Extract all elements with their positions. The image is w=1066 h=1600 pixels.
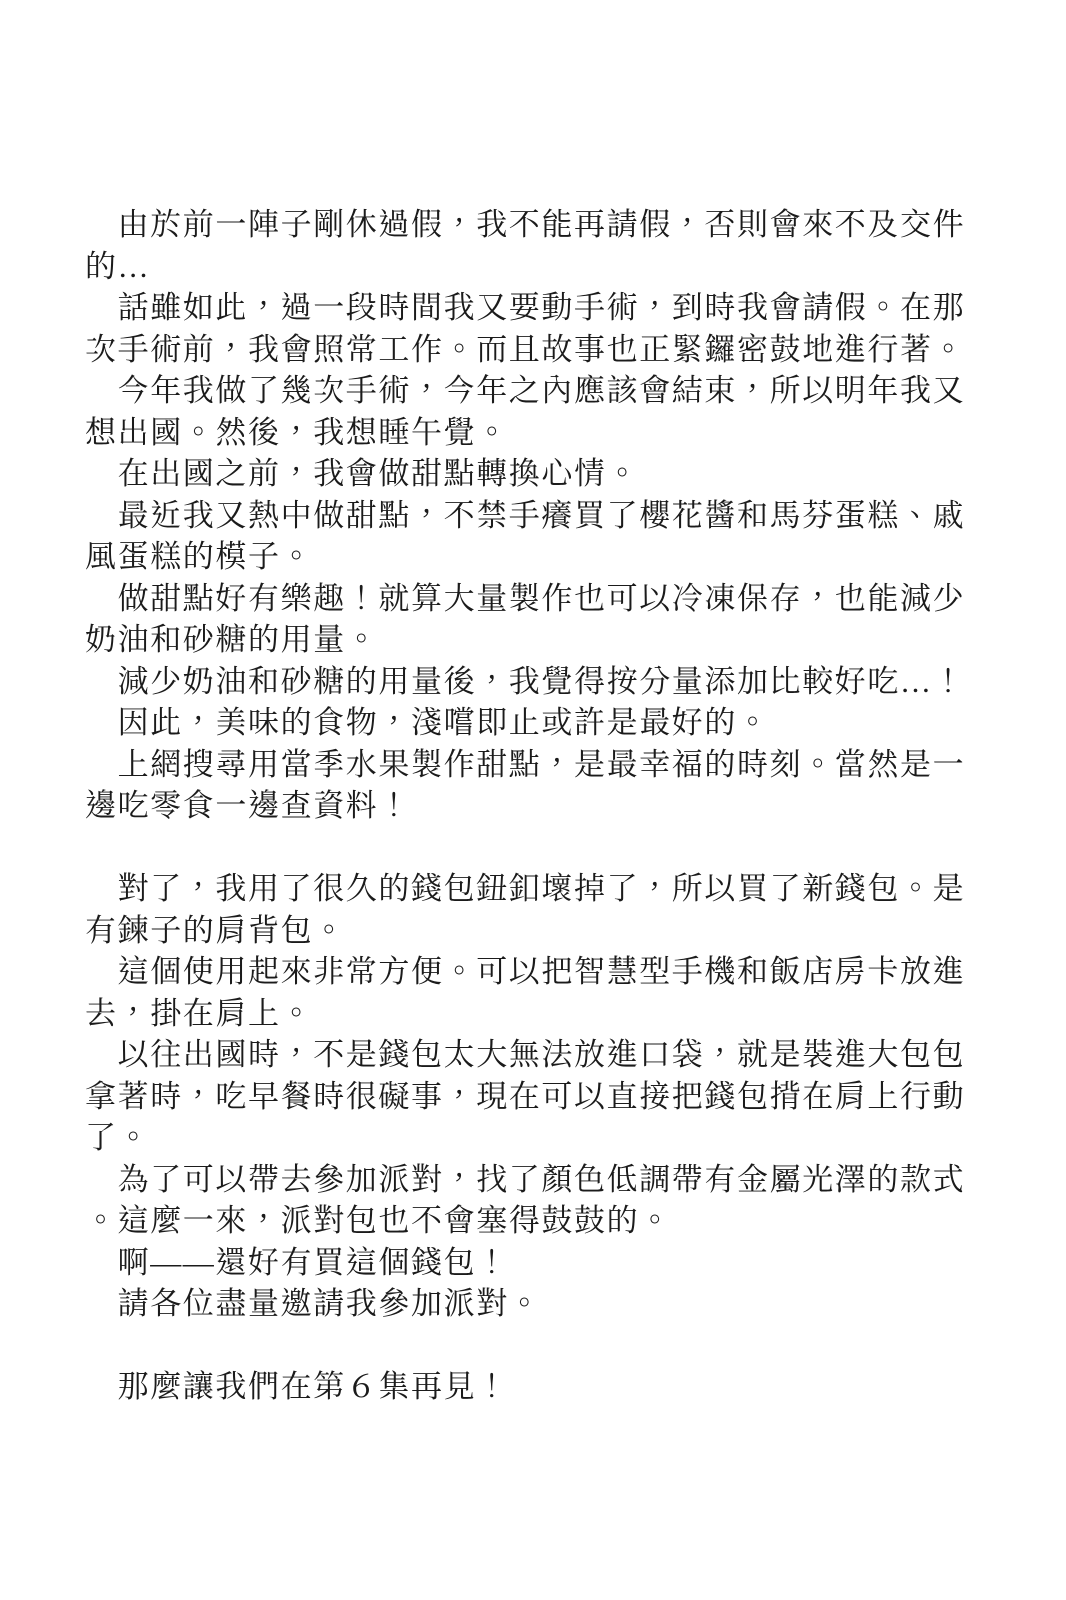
afterword-text: 由於前一陣子剛休過假，我不能再請假，否則會來不及交件的…話雖如此，過一段時間我又… (85, 204, 971, 1408)
paragraph: 最近我又熱中做甜點，不禁手癢買了櫻花醬和馬芬蛋糕、戚風蛋糕的模子。 (85, 495, 971, 578)
paragraph: 今年我做了幾次手術，今年之內應該會結束，所以明年我又想出國。然後，我想睡午覺。 (85, 370, 971, 453)
paragraph: 那麼讓我們在第６集再見！ (85, 1366, 971, 1408)
book-page: 由於前一陣子剛休過假，我不能再請假，否則會來不及交件的…話雖如此，過一段時間我又… (0, 0, 1066, 1600)
paragraph: 做甜點好有樂趣！就算大量製作也可以冷凍保存，也能減少奶油和砂糖的用量。 (85, 578, 971, 661)
paragraph: 減少奶油和砂糖的用量後，我覺得按分量添加比較好吃…！ (85, 661, 971, 703)
paragraph: 啊——還好有買這個錢包！ (85, 1242, 971, 1284)
paragraph: 為了可以帶去參加派對，找了顏色低調帶有金屬光澤的款式。這麼一來，派對包也不會塞得… (85, 1159, 971, 1242)
text-section: 由於前一陣子剛休過假，我不能再請假，否則會來不及交件的…話雖如此，過一段時間我又… (85, 204, 971, 827)
paragraph: 上網搜尋用當季水果製作甜點，是最幸福的時刻。當然是一邊吃零食一邊查資料！ (85, 744, 971, 827)
paragraph: 對了，我用了很久的錢包鈕釦壞掉了，所以買了新錢包。是有鍊子的肩背包。 (85, 868, 971, 951)
paragraph: 話雖如此，過一段時間我又要動手術，到時我會請假。在那次手術前，我會照常工作。而且… (85, 287, 971, 370)
paragraph: 由於前一陣子剛休過假，我不能再請假，否則會來不及交件的… (85, 204, 971, 287)
paragraph: 在出國之前，我會做甜點轉換心情。 (85, 453, 971, 495)
text-section: 對了，我用了很久的錢包鈕釦壞掉了，所以買了新錢包。是有鍊子的肩背包。這個使用起來… (85, 868, 971, 1325)
paragraph: 請各位盡量邀請我參加派對。 (85, 1283, 971, 1325)
text-section: 那麼讓我們在第６集再見！ (85, 1366, 971, 1408)
paragraph: 這個使用起來非常方便。可以把智慧型手機和飯店房卡放進去，掛在肩上。 (85, 951, 971, 1034)
paragraph: 以往出國時，不是錢包太大無法放進口袋，就是裝進大包包拿著時，吃早餐時很礙事，現在… (85, 1034, 971, 1159)
paragraph: 因此，美味的食物，淺嚐即止或許是最好的。 (85, 702, 971, 744)
